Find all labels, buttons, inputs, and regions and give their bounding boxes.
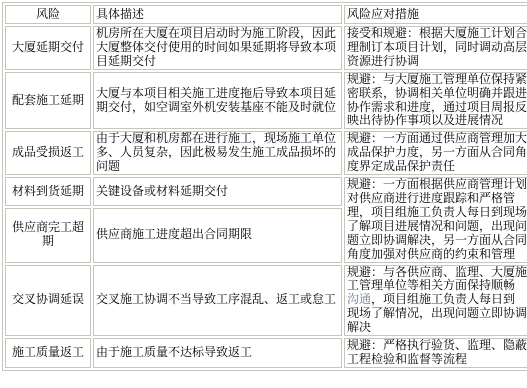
- measure-cell: 接受和规避：根据大厦施工计划合理制订本项目计划，同时调动高层资源进行协调: [344, 26, 527, 70]
- risk-cell: 成品受损返工: [5, 131, 91, 175]
- risk-cell: 大厦延期交付: [5, 26, 91, 70]
- measure-cell-merged: 规避：一方面根据供应商管理计划对供应商进行进度跟踪和严格管理，项目组施工负责人每…: [344, 177, 527, 262]
- measure-cell: 规避：严格执行验货、监理、隐蔽工程检验和监督等流程: [344, 338, 527, 368]
- measure-text-before: 规避：与各供应商、监理、大厦施工管理单位等相关方面保持顺畅: [347, 265, 527, 293]
- table-row: 材料到货延期 关键设备或材料延期交付 规避：一方面根据供应商管理计划对供应商进行…: [5, 177, 527, 206]
- measure-cell: 规避：一方面通过供应商管理加大成品保护力度，另一方面从合同角度界定成品保护责任: [344, 131, 527, 175]
- header-description: 具体描述: [93, 5, 342, 24]
- risk-cell: 材料到货延期: [5, 177, 91, 206]
- table-row: 施工质量返工 由于施工质量不达标导致返工 规避：严格执行验货、监理、隐蔽工程检验…: [5, 338, 527, 368]
- measure-cell: 规避：与各供应商、监理、大厦施工管理单位等相关方面保持顺畅沟通，项目组施工负责人…: [344, 265, 527, 337]
- measure-text-after: ，项目组施工负责人每日到现场了解情况，出现问题立即协调解决: [347, 292, 527, 334]
- description-cell: 机房所在大厦在项目启动时为施工阶段，因此大厦整体交付使用的时间如果延期将导致本项…: [93, 26, 342, 70]
- page: 风险 具体描述 风险应对措施 大厦延期交付 机房所在大厦在项目启动时为施工阶段，…: [0, 0, 527, 388]
- description-cell: 交叉施工协调不当导致工序混乱、返工或怠工: [93, 265, 342, 337]
- header-row: 风险 具体描述 风险应对措施: [5, 5, 527, 24]
- risk-cell: 配套施工延期: [5, 72, 91, 130]
- header-measure: 风险应对措施: [344, 5, 527, 24]
- description-cell: 由于大厦和机房都在进行施工，现场施工单位多、人员复杂，因此极易发生施工成品损坏的…: [93, 131, 342, 175]
- keyword-link[interactable]: 沟通: [347, 292, 371, 306]
- description-cell: 大厦与本项目相关施工进度拖后导致本项目延期交付，如空调室外机安装基座不能及时就位: [93, 72, 342, 130]
- description-cell: 关键设备或材料延期交付: [93, 177, 342, 206]
- description-cell: 供应商施工进度超出合同期限: [93, 208, 342, 262]
- risk-cell: 供应商完工超期: [5, 208, 91, 262]
- risk-table: 风险 具体描述 风险应对措施 大厦延期交付 机房所在大厦在项目启动时为施工阶段，…: [2, 2, 527, 371]
- table-row: 交叉协调延误 交叉施工协调不当导致工序混乱、返工或怠工 规避：与各供应商、监理、…: [5, 265, 527, 337]
- header-risk: 风险: [5, 5, 91, 24]
- risk-cell: 施工质量返工: [5, 338, 91, 368]
- measure-cell: 规避：与大厦施工管理单位保持紧密联系，协调相关单位明确并跟进协作需求和进度，通过…: [344, 72, 527, 130]
- table-row: 配套施工延期 大厦与本项目相关施工进度拖后导致本项目延期交付，如空调室外机安装基…: [5, 72, 527, 130]
- table-row: 大厦延期交付 机房所在大厦在项目启动时为施工阶段，因此大厦整体交付使用的时间如果…: [5, 26, 527, 70]
- risk-cell: 交叉协调延误: [5, 265, 91, 337]
- table-row: 成品受损返工 由于大厦和机房都在进行施工，现场施工单位多、人员复杂，因此极易发生…: [5, 131, 527, 175]
- description-cell: 由于施工质量不达标导致返工: [93, 338, 342, 368]
